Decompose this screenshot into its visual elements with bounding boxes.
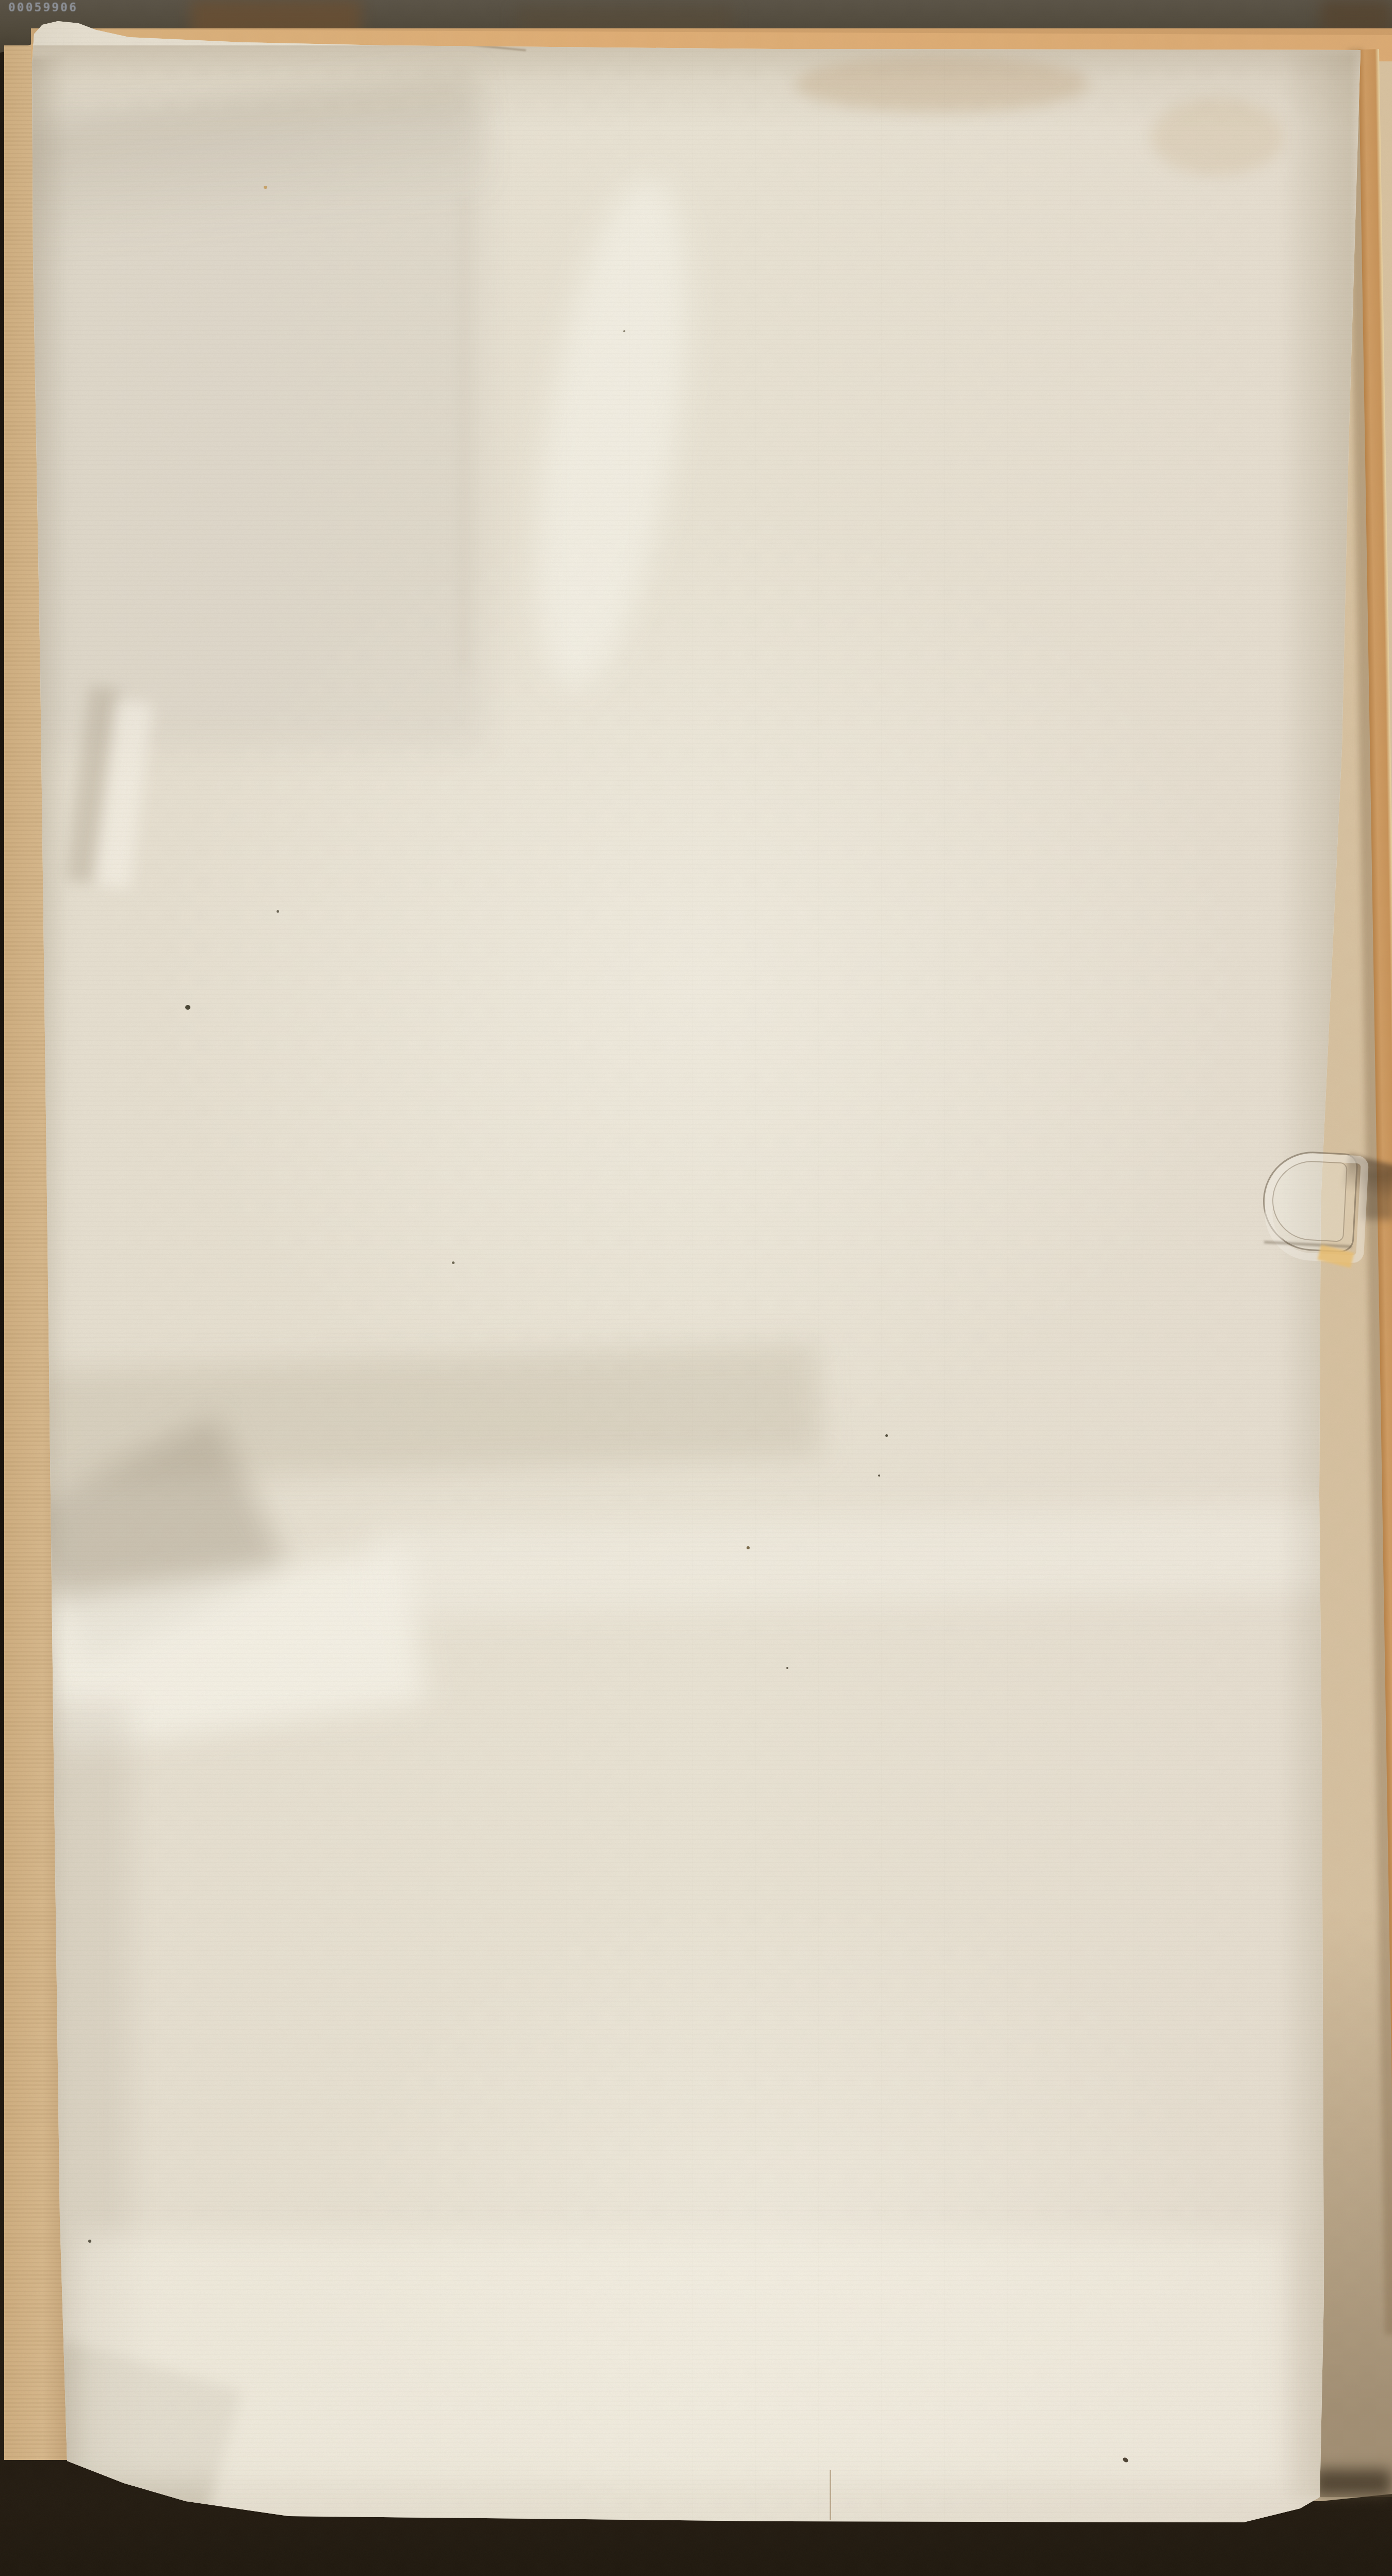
scanned-album-page: 00059906: [0, 0, 1392, 2576]
scan-id-label: 00059906: [8, 1, 78, 15]
paper-grain-texture: [0, 0, 1392, 2576]
